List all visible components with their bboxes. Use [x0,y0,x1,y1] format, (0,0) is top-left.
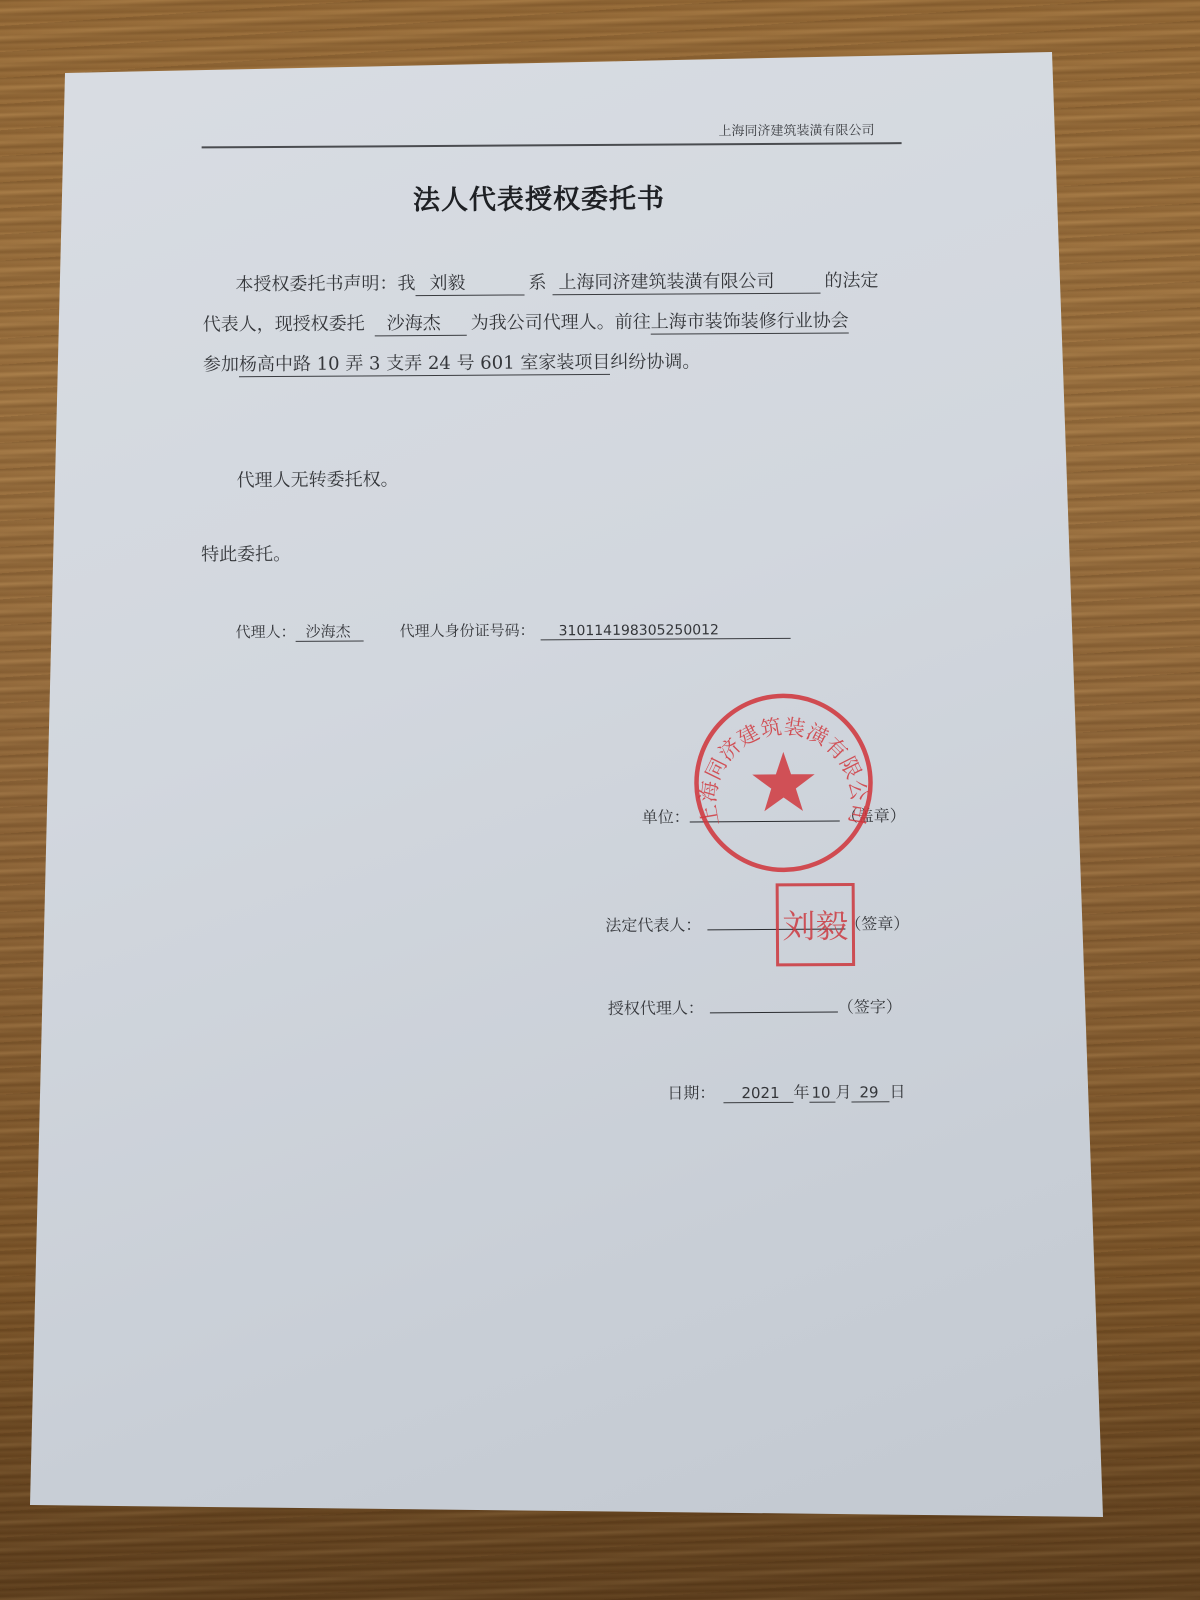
matter-field: 杨高中路 10 弄 3 支弄 24 号 601 室家装项目 [239,353,611,377]
hereby-clause: 特此委托。 [201,540,291,567]
agent-id-value: 310114198305250012 [541,622,791,641]
star-icon [752,752,815,812]
authorized-agent-label: 授权代理人： [608,998,704,1018]
statement-line3-prefix: 参加 [203,354,239,375]
destination-field: 上海市装饰装修行业协会 [651,311,849,334]
statement-line3-suffix: 纠纷协调。 [610,351,700,373]
agent-id-label: 代理人身份证号码： [400,621,535,640]
statement-connector: 系 [528,272,546,293]
date-year: 2021 [723,1085,793,1104]
statement-line2-prefix: 代表人，现授权委托 [203,313,365,335]
no-transfer-clause: 代理人无转委托权。 [237,465,399,492]
date-year-unit: 年 [793,1083,809,1102]
legal-rep-name-field: 刘毅 [415,273,524,295]
date-day: 29 [851,1084,889,1102]
agent-info-row: 代理人：沙海杰代理人身份证号码：310114198305250012 [236,618,791,643]
company-name-field: 上海同济建筑装潢有限公司 [552,272,820,295]
statement-prefix: 本授权委托书声明：我 [235,273,415,295]
statement-line2-mid: 为我公司代理人。前往 [471,312,651,334]
document: 上海同济建筑装潢有限公司 法人代表授权委托书 本授权委托书声明：我刘毅系上海同济… [0,0,1200,1600]
legal-rep-signature-row: 法定代表人：（签章） [605,911,909,936]
authorized-agent-blank [710,998,838,1014]
authorized-agent-note: （签字） [838,997,902,1016]
document-title: 法人代表授权委托书 [413,177,665,218]
legal-rep-label: 法定代表人： [605,915,701,935]
date-day-unit: 日 [889,1082,905,1101]
date-month-unit: 月 [835,1082,851,1101]
statement-line-1: 本授权委托书声明：我刘毅系上海同济建筑装潢有限公司的法定 [235,266,878,297]
header-rule [202,142,902,148]
company-seal: 上海同济建筑装潢有限公司 [692,691,875,874]
statement-line-2: 代表人，现授权委托沙海杰为我公司代理人。前往上海市装饰装修行业协会 [203,306,849,337]
date-month: 10 [809,1085,835,1103]
header-company: 上海同济建筑装潢有限公司 [718,119,874,139]
date-label: 日期： [667,1083,715,1102]
statement-line-3: 参加杨高中路 10 弄 3 支弄 24 号 601 室家装项目纠纷协调。 [203,347,701,377]
unit-label: 单位： [642,807,690,826]
date-row: 日期：2021年10月29日 [667,1079,905,1104]
statement-suffix: 的法定 [824,270,878,291]
signature-stamp: 刘毅 [774,881,857,967]
agent-name-value: 沙海杰 [296,623,364,642]
authorized-agent-signature-row: 授权代理人：（签字） [608,994,902,1019]
agent-name-field: 沙海杰 [375,314,467,336]
signature-stamp-text: 刘毅 [782,906,848,945]
agent-label: 代理人： [236,623,296,641]
